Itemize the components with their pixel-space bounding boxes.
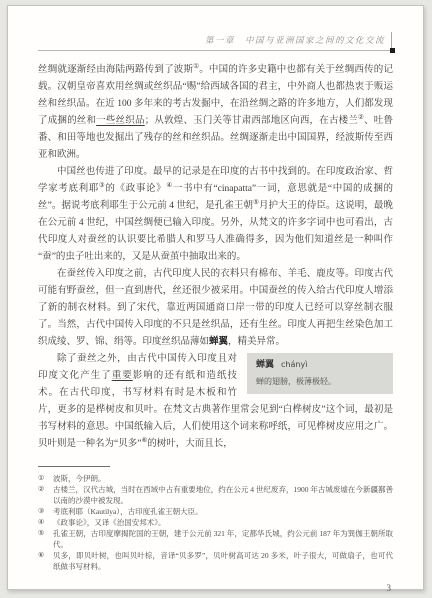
footnote-marker: ④ xyxy=(38,517,44,528)
screenshot-root: { "header": { "chapter_title": "第一章 中国与亚… xyxy=(0,0,432,598)
text-run: ，精美异常。 xyxy=(228,337,285,347)
footnote-marker: ① xyxy=(38,473,44,484)
page-header: 第一章 中国与亚洲国家之间的文化交流 xyxy=(38,34,393,47)
gloss-definition: 蝉的翅膀，极薄极轻。 xyxy=(256,375,384,388)
chapter-heading: 第一章 中国与亚洲国家之间的文化交流 xyxy=(205,35,385,45)
paragraph-1: 丝绸就逐渐经由海陆两路传到了波斯①。中国的许多史籍中也都有关于丝绸西传的记载。汉… xyxy=(38,62,393,164)
text-run: ；从敦煌、玉门关等甘肃西部地区向西，在古楼兰 xyxy=(145,116,358,126)
gloss-pinyin: chányì xyxy=(281,360,307,369)
footnote-item-5: ⑤孔雀王朝，古印度摩揭陀国的王朝，建于公元前 321 年，定都华氏城，约公元前 … xyxy=(38,528,393,550)
footnote-item-1: ①波斯，今伊朗。 xyxy=(38,473,393,484)
text-run: 一些丝织品 xyxy=(96,116,145,126)
paragraph-3: 在蚕丝传入印度之前，古代印度人民的衣料只有棉布、羊毛、鹿皮等。印度古代可能有野蚕… xyxy=(38,266,393,351)
footnote-marker: ③ xyxy=(38,506,44,517)
text-run: 在蚕丝传入印度之前，古代印度人民的衣料只有棉布、羊毛、鹿皮等。印度古代可能有野蚕… xyxy=(38,269,393,347)
gloss-box: 蝉翼chányì蝉的翅膀，极薄极轻。 xyxy=(247,353,393,394)
text-run: 的树叶，大而且长， xyxy=(147,439,233,449)
vocab-word: 蝉翼 xyxy=(209,337,228,347)
book-page: 第一章 中国与亚洲国家之间的文化交流 丝绸就逐渐经由海陆两路传到了波斯①。中国的… xyxy=(7,5,424,590)
footnote-item-3: ③考底利耶（Kautilya），古印度孔雀王朝大臣。 xyxy=(38,506,393,517)
gloss-term: 蝉翼 xyxy=(256,359,274,369)
footnote-list: ①波斯，今伊朗。②古楼兰，汉代古城，当时在西域中占有重要地位，约在公元 4 世纪… xyxy=(38,473,393,572)
body-text: 丝绸就逐渐经由海陆两路传到了波斯①。中国的许多史籍中也都有关于丝绸西传的记载。汉… xyxy=(38,62,393,453)
paragraph-2: 中国丝也传进了印度。最早的记录是在印度的古书中找到的。在印度政治家、哲学家考底利… xyxy=(38,164,393,266)
footnote-divider xyxy=(38,466,110,467)
text-run: 重要 xyxy=(112,371,133,381)
footnote-item-2: ②古楼兰，汉代古城，当时在西域中占有重要地位，约在公元 4 世纪废弃，1900 … xyxy=(38,484,393,506)
footnote-item-6: ⑥贝多，即贝叶树，也叫贝叶棕，音译“贝多罗”，贝叶树高可达 20 多米，叶子很大… xyxy=(38,550,393,572)
text-run: 的《政事论》 xyxy=(105,184,166,194)
footnote-text: 孔雀王朝，古印度摩揭陀国的王朝，建于公元前 321 年，定都华氏城，约公元前 1… xyxy=(53,529,393,549)
footnote-text: 古楼兰，汉代古城，当时在西域中占有重要地位，约在公元 4 世纪废弃，1900 年… xyxy=(53,485,393,505)
footnote-marker: ⑥ xyxy=(38,550,44,561)
footnote-text: 贝多，即贝叶树，也叫贝叶棕，音译“贝多罗”，贝叶树高可达 20 多米，叶子很大，… xyxy=(53,551,393,571)
footnote-text: 考底利耶（Kautilya），古印度孔雀王朝大臣。 xyxy=(53,507,203,516)
footnotes-section: ①波斯，今伊朗。②古楼兰，汉代古城，当时在西域中占有重要地位，约在公元 4 世纪… xyxy=(38,466,393,572)
text-run: 丝绸就逐渐经由海陆两路传到了波斯 xyxy=(38,65,193,75)
footnote-marker: ② xyxy=(38,484,44,495)
footnote-text: 《政事论》，又译《治国安邦术》。 xyxy=(53,518,166,527)
paragraph-4: 蝉翼chányì蝉的翅膀，极薄极轻。除了蚕丝之外，由古代中国传入印度且对印度文化… xyxy=(38,351,393,453)
header-rule-square xyxy=(390,48,395,53)
page-number: 3 xyxy=(38,583,393,593)
footnote-item-4: ④《政事论》，又译《治国安邦术》。 xyxy=(38,517,393,528)
footnote-marker: ⑤ xyxy=(38,528,44,539)
footnote-text: 波斯，今伊朗。 xyxy=(53,474,106,483)
header-rule xyxy=(38,47,393,54)
header-rule-line xyxy=(38,50,393,51)
